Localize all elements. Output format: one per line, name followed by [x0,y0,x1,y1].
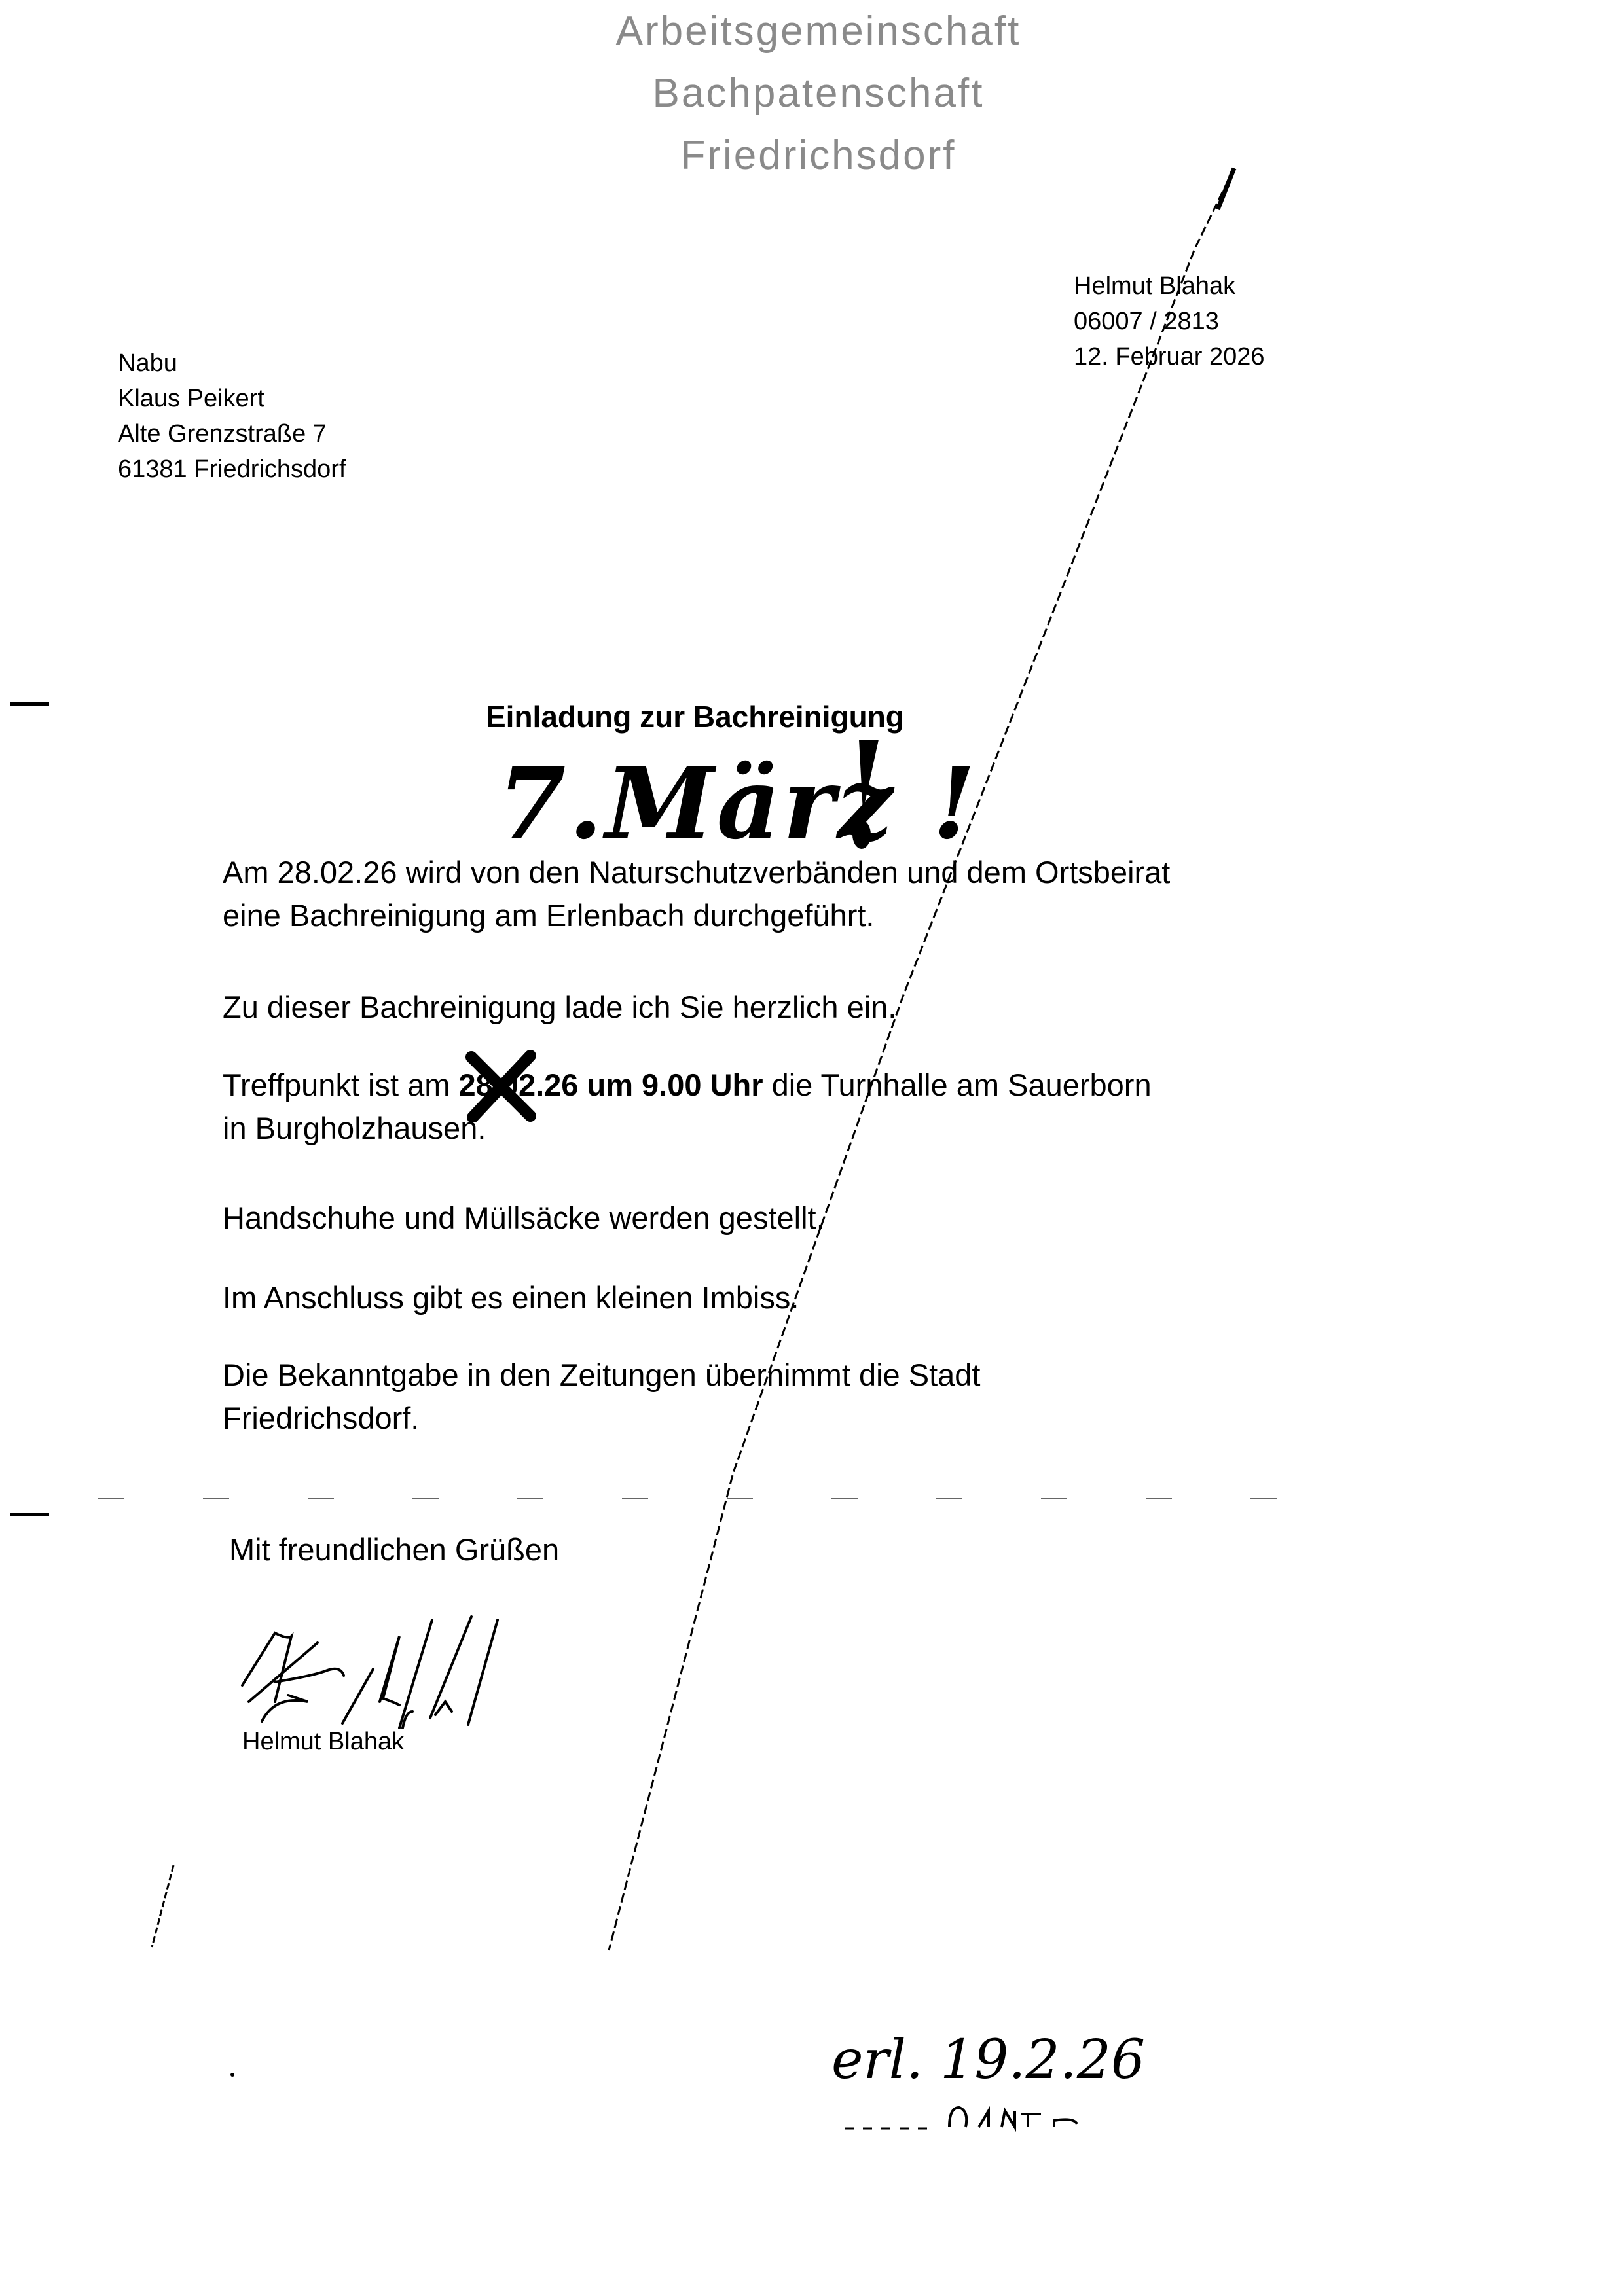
meeting-time: um 9.00 Uhr [578,1067,763,1102]
letterhead: Arbeitsgemeinschaft Bachpatenschaft Frie… [458,0,1178,187]
paragraph-1-line-2: eine Bachreinigung am Erlenbach durchgef… [223,894,1170,937]
paragraph-5: Im Anschluss gibt es einen kleinen Imbis… [223,1276,799,1319]
letterhead-line-1: Arbeitsgemeinschaft [458,0,1178,62]
recipient-organization: Nabu [118,346,346,381]
annotation-line-1: erl. 19.2.26 [831,2029,1145,2091]
signature-icon [242,1617,498,1728]
paragraph-6-line-2: Friedrichsdorf. [223,1397,980,1440]
closing-greeting: Mit freundlichen Grüßen [229,1532,559,1568]
annotation-line-2-partial [845,2108,1077,2128]
meeting-location: die Turnhalle am Sauerborn [763,1067,1152,1102]
sender-block: Helmut Blahak 06007 / 2813 12. Februar 2… [1074,268,1265,374]
fold-mark-top [10,702,49,706]
paragraph-3-line-2: in Burgholzhausen. [223,1107,1152,1150]
scan-speck [230,2073,234,2077]
recipient-city: 61381 Friedrichsdorf [118,452,346,487]
recipient-name: Klaus Peikert [118,381,346,416]
recipient-street: Alte Grenzstraße 7 [118,416,346,452]
paragraph-6-line-1: Die Bekanntgabe in den Zeitungen übernim… [223,1354,980,1397]
handwritten-date-correction: 7.März ! [498,746,978,861]
cross-out-icon [465,1050,537,1122]
recipient-address: Nabu Klaus Peikert Alte Grenzstraße 7 61… [118,346,346,487]
signer-name: Helmut Blahak [242,1728,404,1756]
sender-phone: 06007 / 2813 [1074,304,1265,339]
paragraph-2: Zu dieser Bachreinigung lade ich Sie her… [223,986,896,1029]
struck-date: 28.02.26 [458,1064,578,1107]
paragraph-4: Handschuhe und Müllsäcke werden gestellt… [223,1196,825,1240]
subject-line: Einladung zur Bachreinigung [486,699,904,734]
letter-date: 12. Februar 2026 [1074,339,1265,374]
letterhead-line-2: Bachpatenschaft [458,62,1178,124]
meeting-prefix: Treffpunkt ist am [223,1067,458,1102]
fold-mark-bottom [10,1513,49,1516]
paragraph-3: Treffpunkt ist am 28.02.26 um 9.00 Uhr d… [223,1064,1152,1150]
handwritten-annotation: erl. 19.2.26 [831,2029,1145,2091]
paragraph-6: Die Bekanntgabe in den Zeitungen übernim… [223,1354,980,1440]
letterhead-line-3: Friedrichsdorf [458,124,1178,187]
sender-name: Helmut Blahak [1074,268,1265,304]
paragraph-1-line-1: Am 28.02.26 wird von den Naturschutzverb… [223,851,1170,894]
paragraph-3-line-1: Treffpunkt ist am 28.02.26 um 9.00 Uhr d… [223,1064,1152,1107]
paragraph-1: Am 28.02.26 wird von den Naturschutzverb… [223,851,1170,937]
